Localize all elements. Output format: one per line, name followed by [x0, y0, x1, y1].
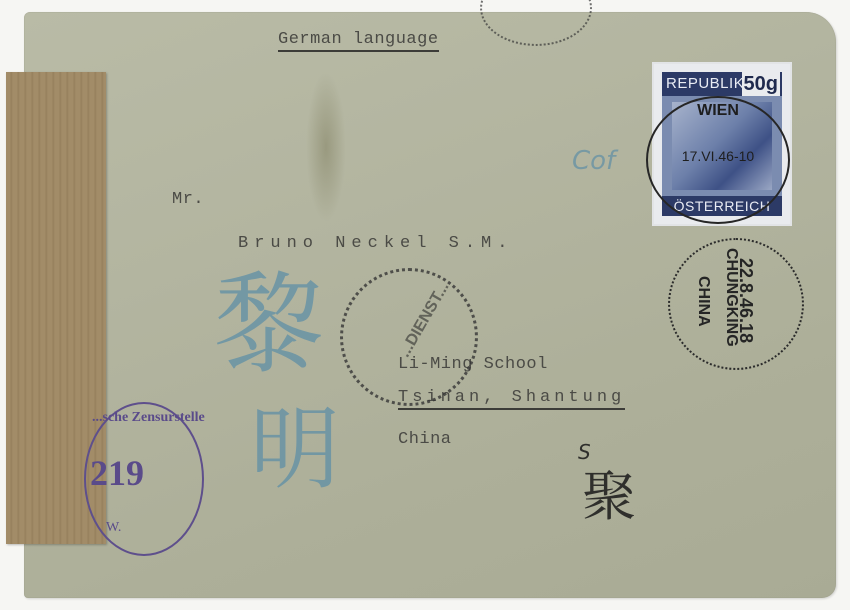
postmark-chungking-country: CHINA [694, 276, 712, 327]
ink-chinese-char: 聚 [582, 470, 636, 524]
pencil-side-note: Cof [572, 146, 615, 176]
postmark-chungking-date: 22.8.46.18 [735, 258, 756, 343]
address-name: Bruno Neckel S.M. [238, 234, 513, 253]
censor-mark-number: 219 [90, 452, 144, 494]
postmark-wien: WIEN 17.VI.46-10 [646, 96, 790, 224]
postmark-wien-city: WIEN [648, 102, 788, 120]
censor-mark: ...sche Zensurstelle 219 W. [84, 402, 204, 556]
address-country: China [398, 430, 452, 449]
address-salutation: Mr. [172, 190, 204, 209]
water-stain [306, 72, 346, 222]
postmark-center-text: ...DIENST... [396, 279, 453, 360]
postmark-center: ...DIENST... [340, 268, 478, 406]
pencil-chinese-char-1: 黎 [214, 270, 324, 380]
pencil-chinese-char-2: 明 [250, 405, 340, 495]
censor-mark-text: ...sche Zensurstelle [92, 410, 205, 426]
censor-mark-letter: W. [106, 520, 121, 536]
ink-mark-s: S [578, 440, 591, 464]
stamp-value: 50g [742, 72, 780, 96]
postmark-chungking: CHUNGKING 22.8.46.18 CHINA [668, 238, 804, 370]
postmark-wien-date: 17.VI.46-10 [648, 148, 788, 164]
language-note: German language [278, 30, 439, 52]
